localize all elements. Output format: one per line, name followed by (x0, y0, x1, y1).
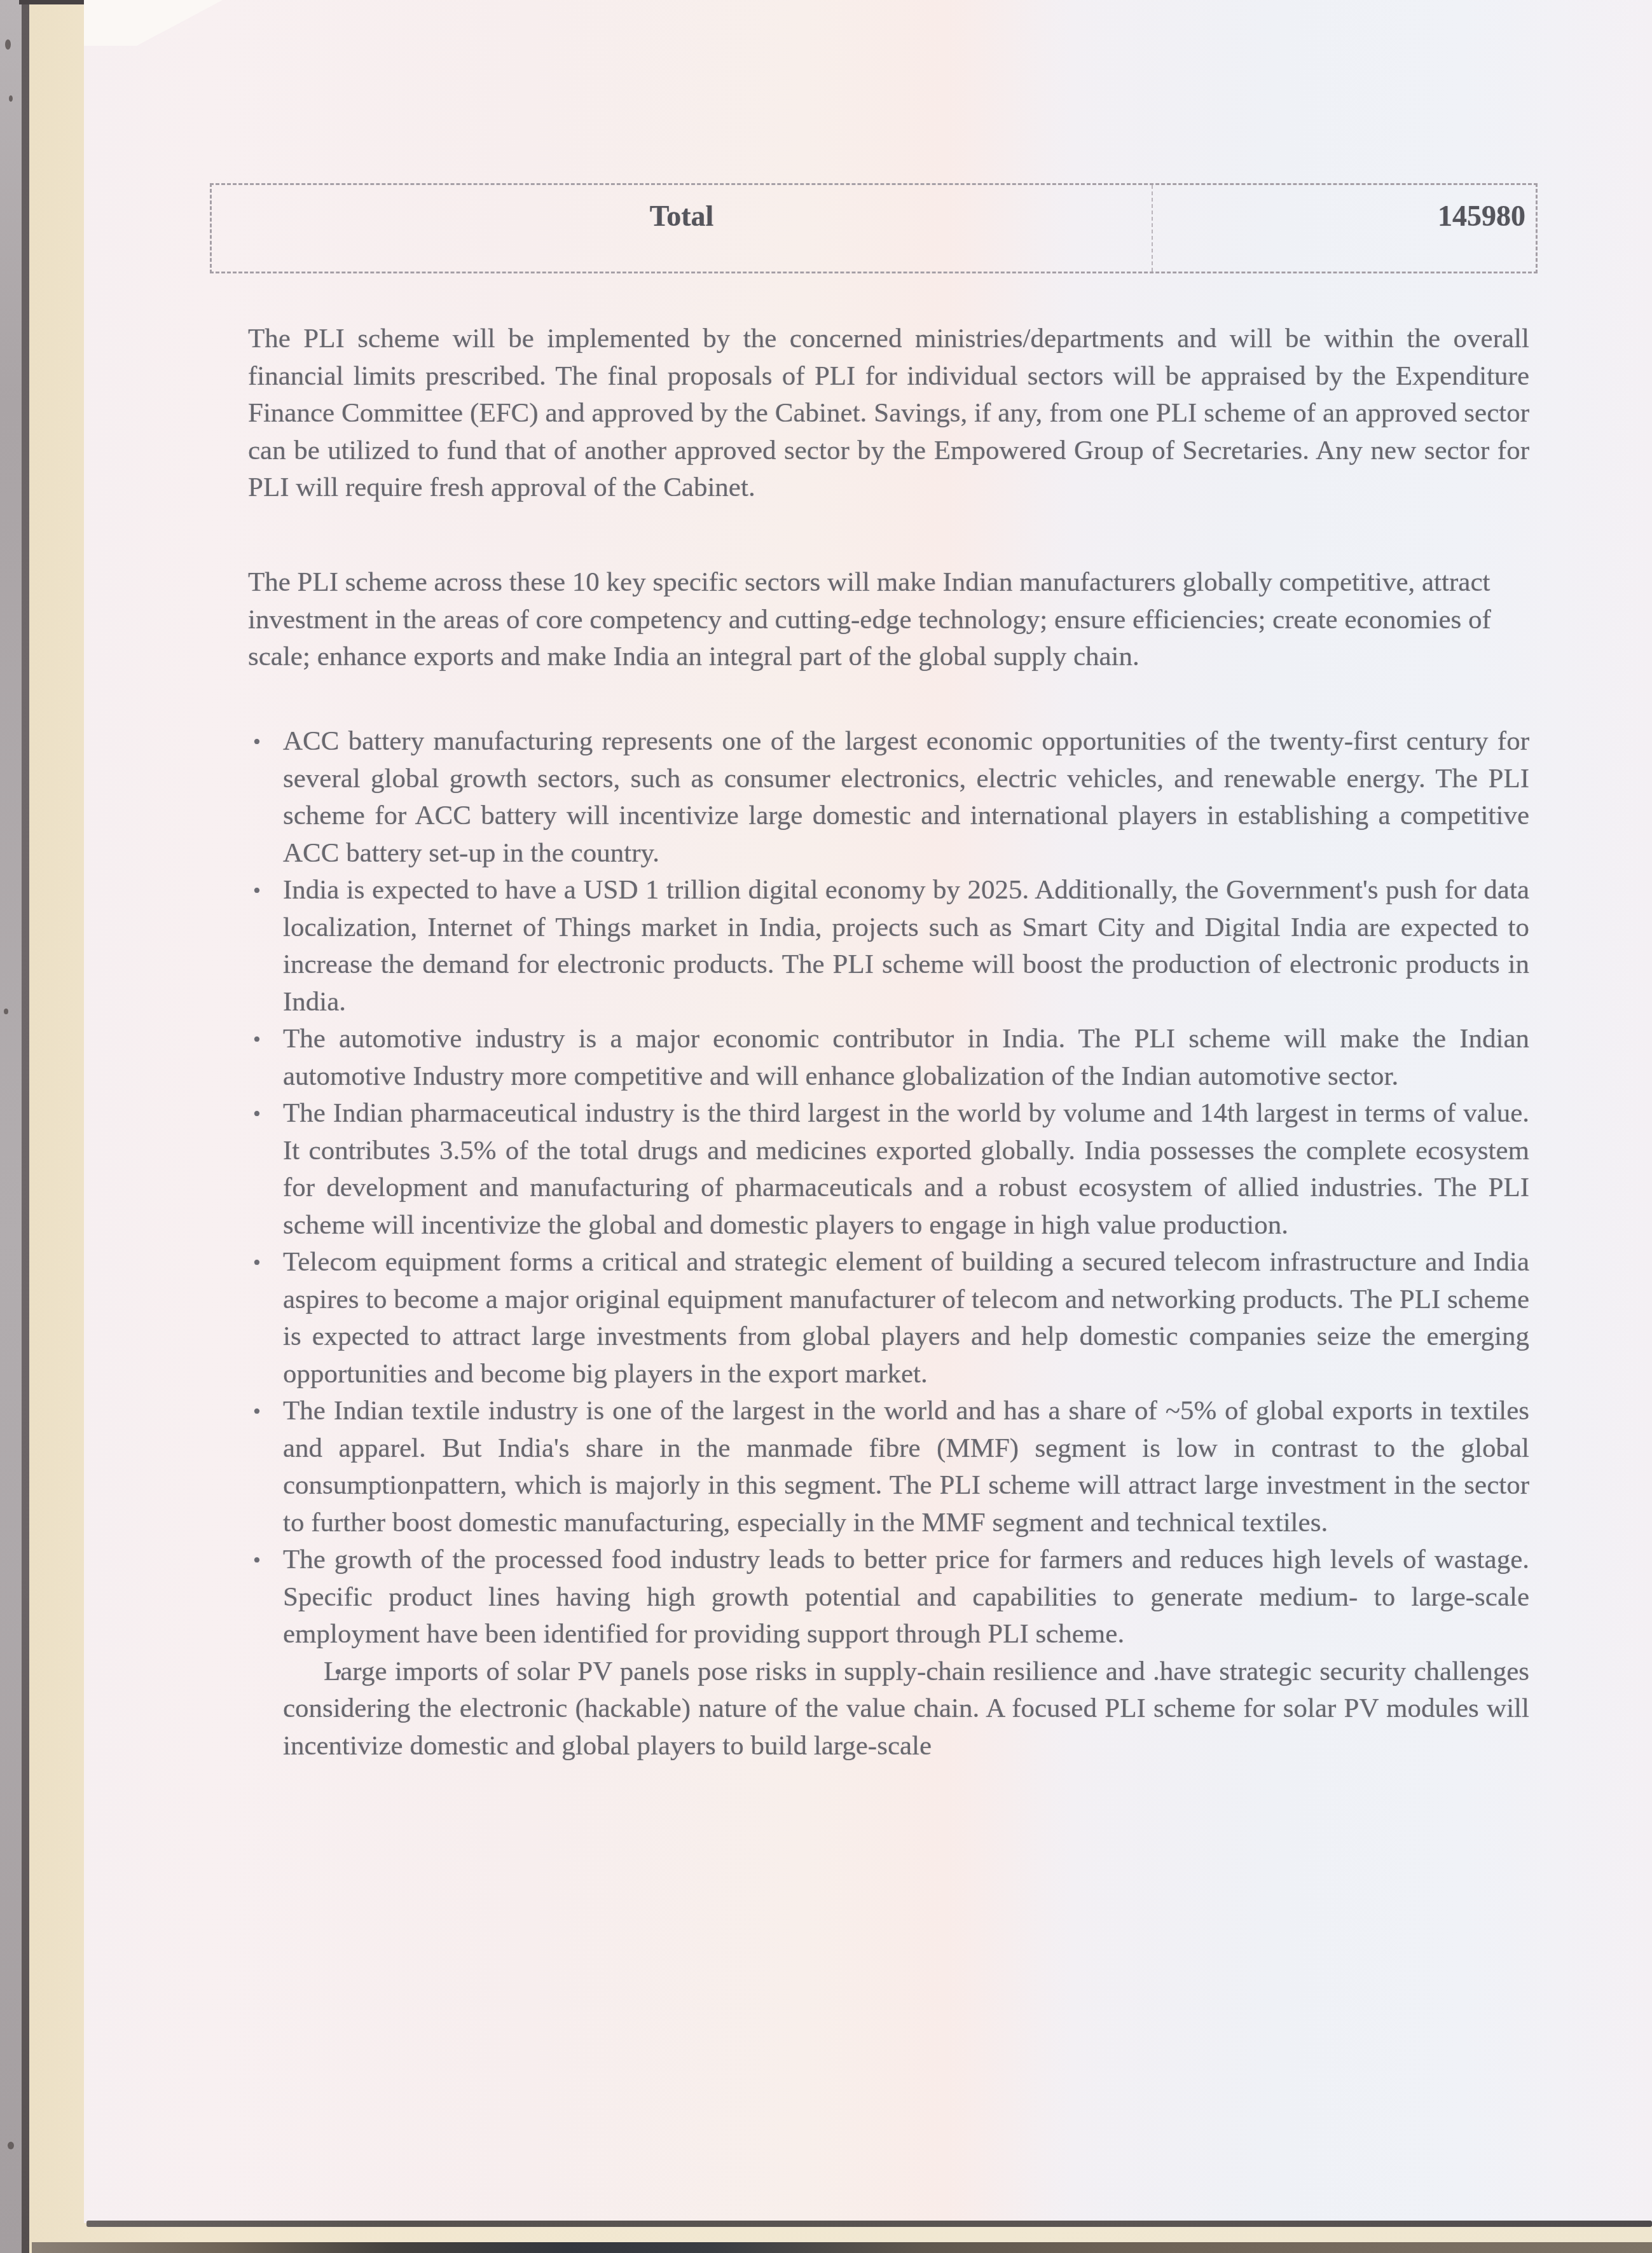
bullet-item-telecom: • Telecom equipment forms a critical and… (248, 1244, 1529, 1393)
bullet-item-electronics: • India is expected to have a USD 1 tril… (248, 872, 1529, 1021)
bullet-item-acc-battery: • ACC battery manufacturing represents o… (248, 723, 1529, 872)
document-page: Total 145980 The PLI scheme will be impl… (84, 0, 1652, 2223)
bullet-text: The Indian pharmaceutical industry is th… (283, 1098, 1529, 1240)
scan-artifact (8, 2142, 14, 2149)
bullet-text: ACC battery manufacturing represents one… (283, 726, 1529, 868)
total-label-cell: Total (212, 185, 1153, 272)
scanner-bed-band (0, 0, 22, 2253)
paragraph-implementation: The PLI scheme will be implemented by th… (248, 320, 1529, 507)
bullet-item-solar-pv: • Large imports of solar PV panels pose … (248, 1653, 1529, 1765)
scan-artifact (9, 95, 13, 102)
total-row-table: Total 145980 (210, 183, 1538, 273)
book-edge-strip (22, 0, 29, 2253)
paragraph-impact: The PLI scheme across these 10 key speci… (248, 564, 1529, 676)
bullet-item-food-processing: • The growth of the processed food indus… (248, 1541, 1529, 1653)
bullet-dot-icon: • (253, 1394, 261, 1431)
total-value-cell: 145980 (1153, 185, 1536, 272)
bullet-dot-icon: • (253, 1245, 261, 1283)
bullet-text: The Indian textile industry is one of th… (283, 1396, 1529, 1538)
bullet-dot-icon: • (253, 1022, 261, 1059)
bullet-item-textiles: • The Indian textile industry is one of … (248, 1393, 1529, 1541)
bullet-item-automotive: • The automotive industry is a major eco… (248, 1021, 1529, 1095)
bullet-item-pharma: • The Indian pharmaceutical industry is … (248, 1095, 1529, 1244)
bullet-dot-icon: • (294, 1655, 342, 1692)
bullet-text: The automotive industry is a major econo… (283, 1024, 1529, 1091)
bullet-text: Large imports of solar PV panels pose ri… (283, 1657, 1529, 1761)
bullet-dot-icon: • (253, 873, 261, 911)
total-value: 145980 (1438, 200, 1525, 232)
sector-bullet-list: • ACC battery manufacturing represents o… (248, 723, 1529, 1765)
scan-artifact (19, 0, 84, 4)
bullet-text: India is expected to have a USD 1 trilli… (283, 875, 1529, 1017)
scan-artifact (5, 39, 11, 50)
scan-artifact (4, 1009, 8, 1014)
book-bottom-edge-strip (32, 2242, 1652, 2253)
page-bottom-edge-shadow (86, 2221, 1652, 2227)
bullet-dot-icon: • (253, 1543, 261, 1580)
bullet-text: The growth of the processed food industr… (283, 1545, 1529, 1649)
bullet-dot-icon: • (253, 1096, 261, 1134)
bullet-text: Telecom equipment forms a critical and s… (283, 1247, 1529, 1389)
total-label: Total (650, 200, 714, 232)
bullet-dot-icon: • (253, 724, 261, 762)
